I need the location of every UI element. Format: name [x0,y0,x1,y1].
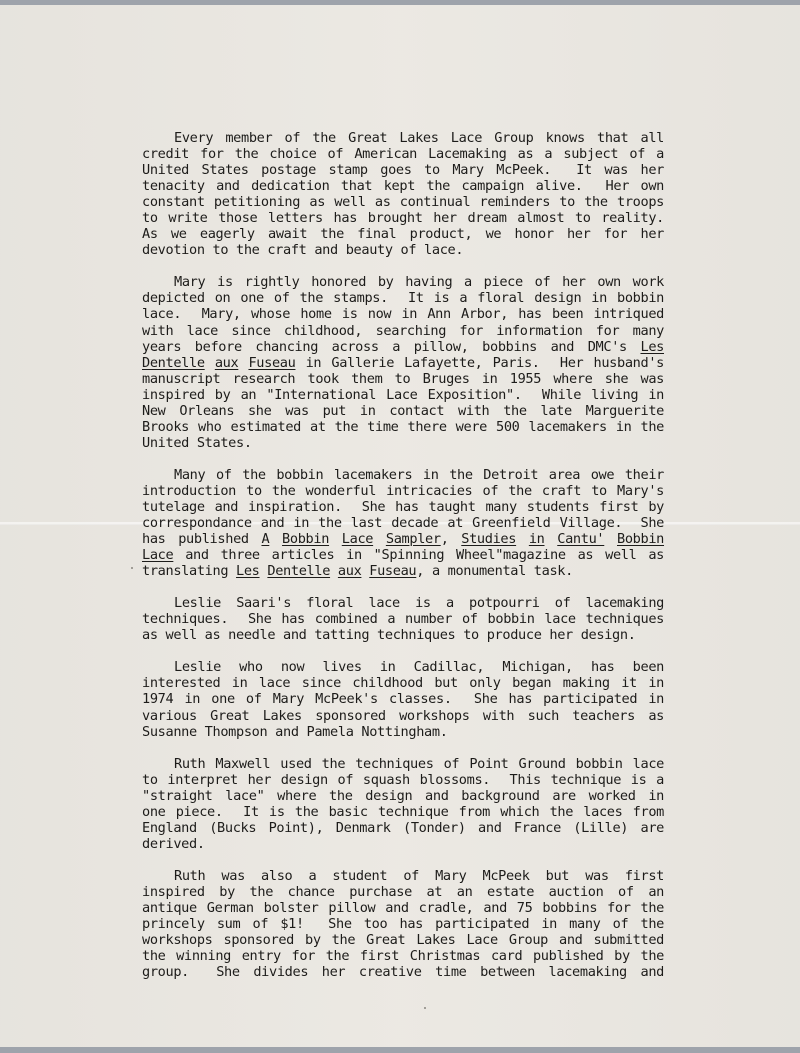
underlined-title: Les [640,339,664,355]
text-run [516,531,529,547]
text-run: one piece. It is the basic technique fro… [142,804,664,820]
text-run: New Orleans she was put in contact with … [142,403,664,419]
underlined-title: Fuseau [248,355,295,371]
text-run: antique German bolster pillow and cradle… [142,900,664,916]
text-line: devotion to the craft and beauty of lace… [142,242,664,258]
text-line: to interpret her design of squash blosso… [142,772,664,788]
text-run: techniques. She has combined a number of… [142,611,664,627]
underlined-title: Lace [342,531,373,547]
text-run [330,563,338,579]
text-run: Ruth was also a student of Mary McPeek b… [174,868,664,884]
text-line: derived. [142,836,664,852]
text-run: lace. Mary, whose home is now in Ann Arb… [142,306,664,322]
text-run: in Gallerie Lafayette, Paris. Her husban… [295,355,664,371]
text-line: antique German bolster pillow and cradle… [142,900,664,916]
text-line: United States postage stamp goes to Mary… [142,162,664,178]
text-run: as well as needle and tatting techniques… [142,627,636,643]
text-line: to write those letters has brought her d… [142,210,664,226]
text-line: "straight lace" where the design and bac… [142,788,664,804]
text-run: Susanne Thompson and Pamela Nottingham. [142,724,448,740]
text-run [373,531,386,547]
text-line: inspired by the chance purchase at an es… [142,884,664,900]
underlined-title: Bobbin [282,531,329,547]
text-run [604,531,617,547]
text-run [329,531,342,547]
paragraph-p2: Mary is rightly honored by having a piec… [142,274,664,451]
paragraph-p6: Ruth Maxwell used the techniques of Poin… [142,756,664,852]
text-run: interested in lace since childhood but o… [142,675,664,691]
text-line: 1974 in one of Mary McPeek's classes. Sh… [142,691,664,707]
text-line: Many of the bobbin lacemakers in the Det… [142,467,664,483]
underlined-title: Fuseau [369,563,416,579]
text-line: As we eagerly await the final product, w… [142,226,664,242]
text-run: to interpret her design of squash blosso… [142,772,664,788]
text-run: workshops sponsored by the Great Lakes L… [142,932,664,948]
text-line: with lace since childhood, searching for… [142,323,664,339]
document-page: Every member of the Great Lakes Lace Gro… [0,5,800,1047]
text-run: Mary is rightly honored by having a piec… [174,274,664,290]
text-run: constant petitioning as well as continua… [142,194,664,210]
text-run [545,531,558,547]
text-line: princely sum of $1! She too has particip… [142,916,664,932]
text-line: Ruth Maxwell used the techniques of Poin… [142,756,664,772]
text-run: inspired by the chance purchase at an es… [142,884,664,900]
paragraph-p7: Ruth was also a student of Mary McPeek b… [142,868,664,980]
text-line: one piece. It is the basic technique fro… [142,804,664,820]
text-line: workshops sponsored by the Great Lakes L… [142,932,664,948]
text-run: the winning entry for the first Christma… [142,948,664,964]
text-run: United States. [142,435,252,451]
text-line: United States. [142,435,664,451]
text-run: credit for the choice of American Lacema… [142,146,664,162]
text-run: tutelage and inspiration. She has taught… [142,499,664,515]
text-run: has published [142,531,261,547]
text-line: depicted on one of the stamps. It is a f… [142,290,664,306]
text-run: manuscript research took them to Bruges … [142,371,664,387]
text-line: techniques. She has combined a number of… [142,611,664,627]
text-line: the winning entry for the first Christma… [142,948,664,964]
text-run: Leslie who now lives in Cadillac, Michig… [174,659,664,675]
underlined-title: aux [215,355,239,371]
paragraph-p5: Leslie who now lives in Cadillac, Michig… [142,659,664,739]
text-line: inspired by an "International Lace Expos… [142,387,664,403]
text-run: with lace since childhood, searching for… [142,323,664,339]
typed-article-body: Every member of the Great Lakes Lace Gro… [142,130,664,996]
text-line: Mary is rightly honored by having a piec… [142,274,664,290]
text-run: devotion to the craft and beauty of lace… [142,242,463,258]
text-line: introduction to the wonderful intricacie… [142,483,664,499]
text-line: as well as needle and tatting techniques… [142,627,664,643]
text-line: credit for the choice of American Lacema… [142,146,664,162]
text-run: tenacity and dedication that kept the ca… [142,178,664,194]
text-run: , [441,531,462,547]
text-line: Susanne Thompson and Pamela Nottingham. [142,724,664,740]
text-run [238,355,248,371]
text-run: Ruth Maxwell used the techniques of Poin… [174,756,664,772]
text-line: New Orleans she was put in contact with … [142,403,664,419]
text-run [269,531,282,547]
underlined-title: Studies [461,531,516,547]
text-line: England (Bucks Point), Denmark (Tonder) … [142,820,664,836]
underlined-title: Sampler [386,531,441,547]
text-run: and three articles in "Spinning Wheel"ma… [173,547,664,563]
text-line: years before chancing across a pillow, b… [142,339,664,355]
text-run: England (Bucks Point), Denmark (Tonder) … [142,820,664,836]
text-run: Many of the bobbin lacemakers in the Det… [174,467,664,483]
text-line: Leslie Saari's floral lace is a potpourr… [142,595,664,611]
text-run: years before chancing across a pillow, b… [142,339,640,355]
underlined-title: aux [338,563,362,579]
underlined-title: Dentelle [267,563,330,579]
text-line: group. She divides her creative time bet… [142,964,664,980]
text-run: United States postage stamp goes to Mary… [142,162,664,178]
paper-speck [131,567,133,569]
text-run: Every member of the Great Lakes Lace Gro… [174,130,664,146]
text-run: group. She divides her creative time bet… [142,964,664,980]
text-run: translating [142,563,236,579]
underlined-title: Les [236,563,260,579]
text-line: Leslie who now lives in Cadillac, Michig… [142,659,664,675]
text-run [205,355,215,371]
text-line: various Great Lakes sponsored workshops … [142,708,664,724]
text-run: Brooks who estimated at the time there w… [142,419,664,435]
text-run: 1974 in one of Mary McPeek's classes. Sh… [142,691,664,707]
text-line: Brooks who estimated at the time there w… [142,419,664,435]
text-run: derived. [142,836,205,852]
text-line: correspondance and in the last decade at… [142,515,664,531]
text-run: princely sum of $1! She too has particip… [142,916,664,932]
text-line: constant petitioning as well as continua… [142,194,664,210]
text-line: Dentelle aux Fuseau in Gallerie Lafayett… [142,355,664,371]
paragraph-p1: Every member of the Great Lakes Lace Gro… [142,130,664,258]
text-run: As we eagerly await the final product, w… [142,226,664,242]
text-line: Every member of the Great Lakes Lace Gro… [142,130,664,146]
underlined-title: Bobbin [617,531,664,547]
underlined-title: Dentelle [142,355,205,371]
text-run: "straight lace" where the design and bac… [142,788,664,804]
text-run: , a monumental task. [416,563,573,579]
text-line: manuscript research took them to Bruges … [142,371,664,387]
text-run: Leslie Saari's floral lace is a potpourr… [174,595,664,611]
text-run: depicted on one of the stamps. It is a f… [142,290,664,306]
text-run: various Great Lakes sponsored workshops … [142,708,664,724]
paper-speck [424,1007,426,1009]
text-line: tenacity and dedication that kept the ca… [142,178,664,194]
underlined-title: in [529,531,545,547]
underlined-title: Cantu' [557,531,604,547]
paragraph-p4: Leslie Saari's floral lace is a potpourr… [142,595,664,643]
paragraph-p3: Many of the bobbin lacemakers in the Det… [142,467,664,579]
text-line: interested in lace since childhood but o… [142,675,664,691]
text-line: lace. Mary, whose home is now in Ann Arb… [142,306,664,322]
text-run: introduction to the wonderful intricacie… [142,483,664,499]
text-run: to write those letters has brought her d… [142,210,664,226]
text-line: has published A Bobbin Lace Sampler, Stu… [142,531,664,547]
text-line: Ruth was also a student of Mary McPeek b… [142,868,664,884]
text-run: correspondance and in the last decade at… [142,515,664,531]
text-line: translating Les Dentelle aux Fuseau, a m… [142,563,664,579]
text-run: inspired by an "International Lace Expos… [142,387,664,403]
text-line: tutelage and inspiration. She has taught… [142,499,664,515]
underlined-title: Lace [142,547,173,563]
text-line: Lace and three articles in "Spinning Whe… [142,547,664,563]
